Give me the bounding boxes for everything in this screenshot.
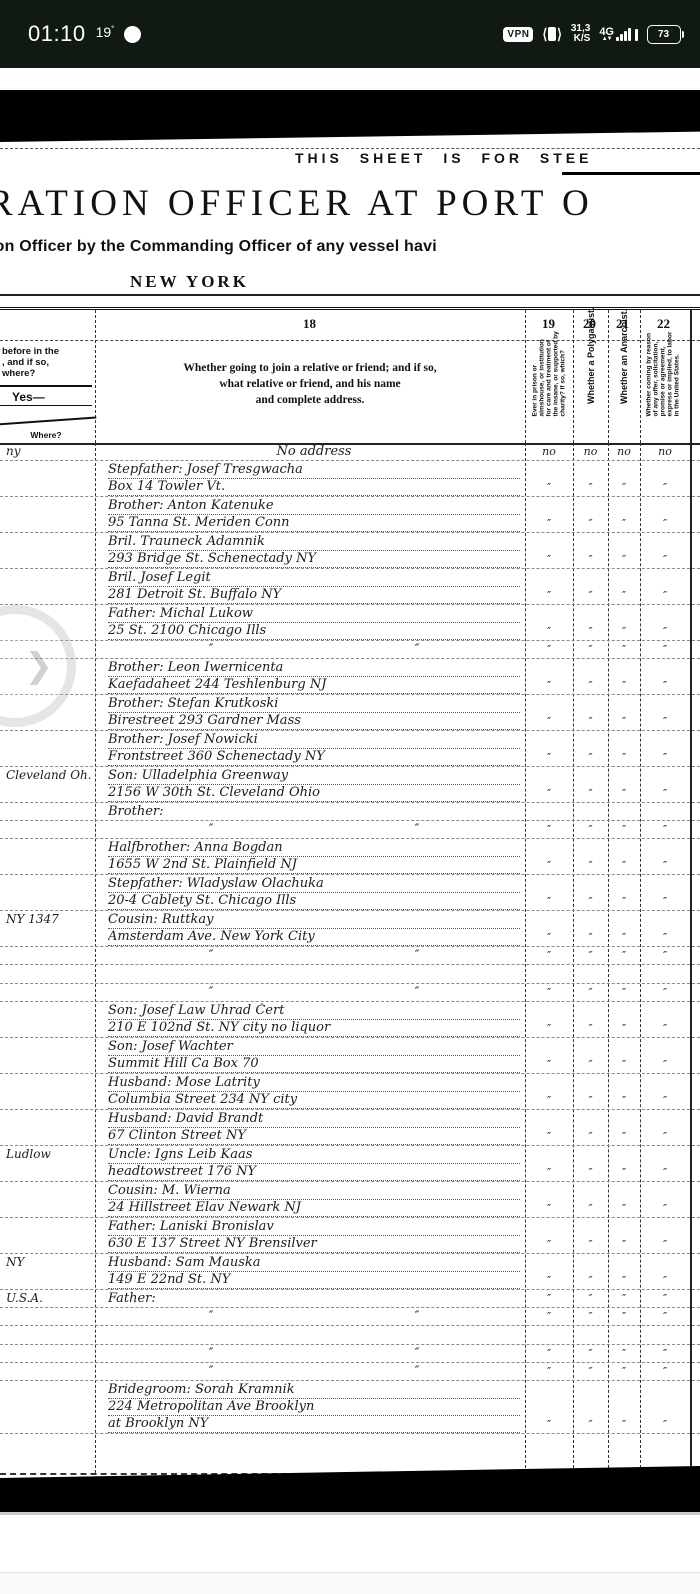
column-mark: ″ xyxy=(525,517,573,530)
sheet-type-banner: THIS SHEET IS FOR STEE xyxy=(295,150,592,166)
handwritten-line: 20-4 Cablety St. Chicago Ills xyxy=(108,893,520,910)
relative-friend-cell: ″″ xyxy=(108,1308,520,1325)
clock-label: 01:10 xyxy=(28,21,86,47)
column-divider xyxy=(95,310,96,443)
manifest-row: Husband: David Brandt67 Clinton Street N… xyxy=(0,1110,700,1146)
column-mark: ″ xyxy=(573,859,608,872)
column-mark: ″ xyxy=(608,1202,640,1215)
handwritten-line: 281 Detroit St. Buffalo NY xyxy=(108,587,520,604)
column-mark: ″ xyxy=(573,1418,608,1431)
battery-percent-label: 73 xyxy=(658,29,669,40)
left-header-line: where? xyxy=(2,368,92,379)
handwritten-line: Brother: Stefan Krutkoski xyxy=(108,696,520,713)
answer-marks: ″″″″ xyxy=(525,517,700,530)
manifest-row: ″″″″″″ xyxy=(0,1308,700,1326)
column-mark: ″ xyxy=(573,1094,608,1107)
handwritten-line: at Brooklyn NY xyxy=(108,1416,520,1433)
column-mark: ″ xyxy=(573,751,608,764)
relative-friend-cell: Brother: Josef NowickiFrontstreet 360 Sc… xyxy=(108,731,520,766)
column-mark: ″ xyxy=(640,823,700,836)
column-mark: ″ xyxy=(525,553,573,566)
answer-marks: ″″″″ xyxy=(525,895,700,908)
phone-screen: 01:10 19° VPN ⟨⟩ 31,3 K/S 4G ▲▼ 73 xyxy=(0,0,700,1594)
relative-friend-cell: Husband: David Brandt67 Clinton Street N… xyxy=(108,1110,520,1145)
relative-friend-cell: ″″ xyxy=(108,947,520,964)
manifest-rows: nyNo addressnonononoStepfather: Josef Tr… xyxy=(0,443,700,1475)
column-mark: ″ xyxy=(608,986,640,999)
column-mark: ″ xyxy=(640,1058,700,1071)
handwritten-line: 224 Metropolitan Ave Brooklyn xyxy=(108,1399,520,1416)
column-17-header: before in the , and if so, where? Yes— W… xyxy=(0,344,92,441)
handwritten-line: Frontstreet 360 Schenectady NY xyxy=(108,749,520,766)
relative-friend-cell: Father: xyxy=(108,1290,520,1307)
column-mark: ″ xyxy=(608,625,640,638)
handwritten-line: ″ xyxy=(415,948,420,964)
status-bar-left: 01:10 19° xyxy=(0,21,141,47)
manifest-row: Son: Josef Law Uhrad Čert210 E 102nd St.… xyxy=(0,1002,700,1038)
updown-arrows-icon: ▲▼ xyxy=(602,37,612,41)
column-divider xyxy=(608,310,609,443)
handwritten-line: Box 14 Towler Vt. xyxy=(108,479,520,496)
column-19-header: Ever in prison or almshouse, or institut… xyxy=(532,331,567,417)
network-speed-label: 31,3 K/S xyxy=(571,24,590,44)
handwritten-line: headtowstreet 176 NY xyxy=(108,1164,520,1181)
port-underline xyxy=(0,294,700,296)
scan-edge-shadow xyxy=(0,1512,700,1515)
relative-friend-cell: ″″ xyxy=(108,984,520,1001)
column-mark: ″ xyxy=(640,1202,700,1215)
manifest-row: ″″″″″″ xyxy=(0,821,700,839)
answer-marks: ″″″″ xyxy=(525,481,700,494)
column-mark: ″ xyxy=(608,1130,640,1143)
relative-friend-cell: Son: Josef Law Uhrad Čert210 E 102nd St.… xyxy=(108,1002,520,1037)
column-mark: ″ xyxy=(525,931,573,944)
margin-note: U.S.A. xyxy=(6,1292,94,1305)
col18-header-line: and complete address. xyxy=(100,392,520,408)
column-mark: ″ xyxy=(640,679,700,692)
column-mark: ″ xyxy=(573,931,608,944)
handwritten-line: Stepfather: Wladyslaw Olachuka xyxy=(108,876,520,893)
handwritten-line: Husband: Mose Latrity xyxy=(108,1075,520,1092)
margin-note: NY xyxy=(6,1256,94,1269)
handwritten-line: Brother: Anton Katenuke xyxy=(108,498,520,515)
column-mark: ″ xyxy=(640,643,700,656)
margin-note: Ludlow xyxy=(6,1148,94,1161)
column-number-18: 18 xyxy=(303,316,316,332)
manifest-row: Bril. Josef Legit281 Detroit St. Buffalo… xyxy=(0,569,700,605)
port-name: NEW YORK xyxy=(130,272,249,292)
table-right-edge xyxy=(690,310,692,443)
handwritten-line: ″ xyxy=(209,822,214,838)
relative-friend-cell: Brother: Leon IwernicentaKaefadaheet 244… xyxy=(108,659,520,694)
column-20-header: Whether a Polygamist. xyxy=(586,314,596,404)
left-header-line: before in the xyxy=(2,346,92,357)
column-mark: ″ xyxy=(525,1292,573,1305)
signal-icon: 4G ▲▼ xyxy=(599,27,637,41)
column-mark: ″ xyxy=(525,643,573,656)
relative-friend-cell: ″″ xyxy=(108,641,520,658)
column-22-header: Whether coming by reason of any offer, s… xyxy=(646,331,681,417)
column-mark: ″ xyxy=(608,1094,640,1107)
column-mark: ″ xyxy=(608,1292,640,1305)
column-mark: ″ xyxy=(608,1365,640,1378)
column-mark: ″ xyxy=(525,1022,573,1035)
ruled-line xyxy=(0,148,700,149)
answer-marks: ″″″″ xyxy=(525,1365,700,1378)
column-mark: ″ xyxy=(640,751,700,764)
notification-dot-icon xyxy=(124,26,141,43)
column-mark: ″ xyxy=(640,715,700,728)
relative-friend-cell: Son: Josef WachterSummit Hill Ca Box 70 xyxy=(108,1038,520,1073)
column-mark: ″ xyxy=(640,931,700,944)
handwritten-line: Brother: xyxy=(108,804,520,820)
column-mark: no xyxy=(640,445,700,458)
column-mark: ″ xyxy=(573,1022,608,1035)
column-mark: ″ xyxy=(608,1058,640,1071)
column-mark: ″ xyxy=(640,1292,700,1305)
handwritten-line: Son: Josef Law Uhrad Čert xyxy=(108,1003,520,1020)
manifest-row: Cousin: M. Wierna24 Hillstreet Elav Newa… xyxy=(0,1182,700,1218)
column-mark: ″ xyxy=(573,589,608,602)
column-mark: ″ xyxy=(640,1022,700,1035)
relative-friend-cell: ″″ xyxy=(108,1345,520,1362)
column-18-header: Whether going to join a relative or frie… xyxy=(100,360,520,408)
handwritten-line: Father: Michal Lukow xyxy=(108,606,520,623)
column-mark: ″ xyxy=(525,481,573,494)
handwritten-line: ″ xyxy=(209,985,214,1001)
column-mark: ″ xyxy=(640,625,700,638)
handwritten-line: Cousin: Ruttkay xyxy=(108,912,520,929)
answer-marks: ″″″″ xyxy=(525,823,700,836)
handwritten-line: Husband: David Brandt xyxy=(108,1111,520,1128)
relative-friend-cell: Bril. Josef Legit281 Detroit St. Buffalo… xyxy=(108,569,520,604)
relative-friend-cell: Cousin: RuttkayAmsterdam Ave. New York C… xyxy=(108,911,520,946)
column-mark: ″ xyxy=(640,553,700,566)
banner-underline xyxy=(562,172,700,175)
handwritten-line: ″ xyxy=(415,1364,420,1380)
manifest-row: nyNo addressnononono xyxy=(0,443,700,461)
column-mark: ″ xyxy=(525,1365,573,1378)
manifest-row: NY 1347Cousin: RuttkayAmsterdam Ave. New… xyxy=(0,911,700,947)
column-mark: no xyxy=(608,445,640,458)
column-mark: ″ xyxy=(640,1274,700,1287)
column-mark: ″ xyxy=(608,1347,640,1360)
chevron-right-icon: ❯ xyxy=(25,646,54,686)
col18-header-line: Whether going to join a relative or frie… xyxy=(100,360,520,376)
column-mark: ″ xyxy=(525,895,573,908)
handwritten-line: ″ xyxy=(209,1309,214,1325)
answer-marks: ″″″″ xyxy=(525,986,700,999)
relative-friend-cell: ″″ xyxy=(108,1363,520,1380)
handwritten-line: ″ xyxy=(209,948,214,964)
column-mark: no xyxy=(525,445,573,458)
handwritten-line: Birestreet 293 Gardner Mass xyxy=(108,713,520,730)
relative-friend-cell: Husband: Sam Mauska149 E 22nd St. NY xyxy=(108,1254,520,1289)
column-mark: ″ xyxy=(525,787,573,800)
handwritten-line: ″ xyxy=(415,822,420,838)
handwritten-line: ″ xyxy=(415,642,420,658)
manifest-row: ″″″″″″ xyxy=(0,1363,700,1381)
column-mark: ″ xyxy=(608,823,640,836)
answer-marks: ″″″″ xyxy=(525,1022,700,1035)
handwritten-line: Son: Ulladelphia Greenway xyxy=(108,768,520,785)
column-mark: ″ xyxy=(525,1094,573,1107)
answer-marks: ″″″″ xyxy=(525,715,700,728)
column-mark: ″ xyxy=(573,481,608,494)
manifest-row: ″″″″″″ xyxy=(0,947,700,965)
column-mark: ″ xyxy=(640,859,700,872)
left-header-line: , and if so, xyxy=(2,357,92,368)
column-mark: ″ xyxy=(573,1202,608,1215)
column-mark: ″ xyxy=(525,1166,573,1179)
handwritten-line: 25 St. 2100 Chicago Ills xyxy=(108,623,520,640)
column-mark: ″ xyxy=(573,553,608,566)
answer-marks: ″″″″ xyxy=(525,1202,700,1215)
handwritten-line: Father: xyxy=(108,1291,520,1307)
handwritten-line: Husband: Sam Mauska xyxy=(108,1255,520,1272)
column-mark: ″ xyxy=(640,1418,700,1431)
column-mark: ″ xyxy=(640,949,700,962)
column-mark: ″ xyxy=(608,1310,640,1323)
column-mark: ″ xyxy=(640,1365,700,1378)
column-mark: ″ xyxy=(525,1058,573,1071)
column-mark: ″ xyxy=(573,1274,608,1287)
handwritten-line: ″ xyxy=(209,1364,214,1380)
manifest-row: Bridegroom: Sorah Kramnik224 Metropolita… xyxy=(0,1381,700,1434)
column-mark: ″ xyxy=(608,1238,640,1251)
relative-friend-cell: Brother: Stefan KrutkoskiBirestreet 293 … xyxy=(108,695,520,730)
vpn-badge: VPN xyxy=(503,27,533,42)
handwritten-line: 293 Bridge St. Schenectady NY xyxy=(108,551,520,568)
answer-marks: ″″″″ xyxy=(525,625,700,638)
handwritten-line: Cousin: M. Wierna xyxy=(108,1183,520,1200)
handwritten-line: Stepfather: Josef Tresgwacha xyxy=(108,462,520,479)
handwritten-line: Kaefadaheet 244 Teshlenburg NJ xyxy=(108,677,520,694)
column-mark: ″ xyxy=(525,589,573,602)
status-bar: 01:10 19° VPN ⟨⟩ 31,3 K/S 4G ▲▼ 73 xyxy=(0,0,700,68)
column-mark: ″ xyxy=(573,517,608,530)
column-mark: ″ xyxy=(608,643,640,656)
handwritten-line: Uncle: Igns Leib Kaas xyxy=(108,1147,520,1164)
table-header: 18 19 20 21 22 before in the , and if so… xyxy=(0,310,700,445)
answer-marks: ″″″″ xyxy=(525,589,700,602)
column-divider xyxy=(640,310,641,443)
relative-friend-cell: Son: Ulladelphia Greenway2156 W 30th St.… xyxy=(108,767,520,802)
sim2-signal-icon xyxy=(635,29,638,41)
column-mark: ″ xyxy=(573,1130,608,1143)
form-title: RATION OFFICER AT PORT O xyxy=(0,182,700,225)
manifest-row: Brother: Anton Katenuke95 Tanna St. Meri… xyxy=(0,497,700,533)
column-mark: ″ xyxy=(525,1347,573,1360)
handwritten-line: 630 E 137 Street NY Brensilver xyxy=(108,1236,520,1253)
relative-friend-cell: Father: Laniski Bronislav630 E 137 Stree… xyxy=(108,1218,520,1253)
column-mark: ″ xyxy=(573,1310,608,1323)
column-mark: ″ xyxy=(608,1274,640,1287)
handwritten-line: ″ xyxy=(209,642,214,658)
column-mark: ″ xyxy=(640,1238,700,1251)
column-mark: ″ xyxy=(640,986,700,999)
column-21-header: Whether an Anarchist. xyxy=(619,314,629,404)
manifest-row: Husband: Mose LatrityColumbia Street 234… xyxy=(0,1074,700,1110)
manifest-row: Brother: Josef NowickiFrontstreet 360 Sc… xyxy=(0,731,700,767)
manifest-row xyxy=(0,965,700,984)
column-mark: ″ xyxy=(573,1166,608,1179)
answer-marks: ″″″″ xyxy=(525,679,700,692)
handwritten-line: Brother: Josef Nowicki xyxy=(108,732,520,749)
column-mark: ″ xyxy=(640,1166,700,1179)
handwritten-line: Father: Laniski Bronislav xyxy=(108,1219,520,1236)
relative-friend-cell: Halfbrother: Anna Bogdan1655 W 2nd St. P… xyxy=(108,839,520,874)
manifest-row: Cleveland Oh.Son: Ulladelphia Greenway21… xyxy=(0,767,700,803)
answer-marks: ″″″″ xyxy=(525,1310,700,1323)
column-mark: ″ xyxy=(608,589,640,602)
answer-marks: ″″″″ xyxy=(525,949,700,962)
battery-icon: 73 xyxy=(647,25,685,44)
col18-header-line: what relative or friend, and his name xyxy=(100,376,520,392)
handwritten-line: 210 E 102nd St. NY city no liquor xyxy=(108,1020,520,1037)
where-label: Where? xyxy=(0,422,92,441)
column-mark: ″ xyxy=(608,715,640,728)
signal-bars-icon xyxy=(616,28,631,41)
status-bar-right: VPN ⟨⟩ 31,3 K/S 4G ▲▼ 73 xyxy=(503,24,700,44)
document-canvas[interactable]: THIS SHEET IS FOR STEE RATION OFFICER AT… xyxy=(0,68,700,1594)
answer-marks: ″″″″ xyxy=(525,1274,700,1287)
column-mark: ″ xyxy=(608,517,640,530)
handwritten-line: No address xyxy=(108,444,520,460)
manifest-row: Halfbrother: Anna Bogdan1655 W 2nd St. P… xyxy=(0,839,700,875)
manifest-row xyxy=(0,1326,700,1345)
column-mark: no xyxy=(573,445,608,458)
relative-friend-cell: Uncle: Igns Leib Kaasheadtowstreet 176 N… xyxy=(108,1146,520,1181)
relative-friend-cell: Stepfather: Josef TresgwachaBox 14 Towle… xyxy=(108,461,520,496)
column-mark: ″ xyxy=(573,679,608,692)
column-mark: ″ xyxy=(525,625,573,638)
manifest-row: Stepfather: Wladyslaw Olachuka20-4 Cable… xyxy=(0,875,700,911)
column-mark: ″ xyxy=(573,823,608,836)
answer-marks: ″″″″ xyxy=(525,931,700,944)
relative-friend-cell: Stepfather: Wladyslaw Olachuka20-4 Cable… xyxy=(108,875,520,910)
column-mark: ″ xyxy=(640,517,700,530)
handwritten-line: ″ xyxy=(415,1346,420,1362)
column-mark: ″ xyxy=(640,1347,700,1360)
relative-friend-cell: Bril. Trauneck Adamnik293 Bridge St. Sch… xyxy=(108,533,520,568)
column-mark: ″ xyxy=(608,481,640,494)
column-mark: ″ xyxy=(573,949,608,962)
manifest-row: ″″″″″″ xyxy=(0,641,700,659)
temperature-label: 19° xyxy=(96,24,115,40)
column-divider xyxy=(573,310,574,443)
relative-friend-cell: Cousin: M. Wierna24 Hillstreet Elav Newa… xyxy=(108,1182,520,1217)
handwritten-line: Bril. Trauneck Adamnik xyxy=(108,534,520,551)
answer-marks: ″″″″ xyxy=(525,1418,700,1431)
column-mark: ″ xyxy=(573,1238,608,1251)
handwritten-line: 149 E 22nd St. NY xyxy=(108,1272,520,1289)
handwritten-line: 67 Clinton Street NY xyxy=(108,1128,520,1145)
margin-note: NY 1347 xyxy=(6,913,94,926)
relative-friend-cell: Brother: xyxy=(108,803,520,820)
margin-note: ny xyxy=(6,445,94,458)
column-mark: ″ xyxy=(608,1166,640,1179)
column-mark: ″ xyxy=(573,625,608,638)
relative-friend-cell: Husband: Mose LatrityColumbia Street 234… xyxy=(108,1074,520,1109)
column-mark: ″ xyxy=(573,895,608,908)
column-mark: ″ xyxy=(525,715,573,728)
column-mark: ″ xyxy=(640,895,700,908)
page-footer-area xyxy=(0,1573,700,1594)
column-mark: ″ xyxy=(640,1130,700,1143)
answer-marks: ″″″″ xyxy=(525,787,700,800)
column-mark: ″ xyxy=(525,1202,573,1215)
column-mark: ″ xyxy=(573,787,608,800)
column-mark: ″ xyxy=(608,931,640,944)
handwritten-line: Halfbrother: Anna Bogdan xyxy=(108,840,520,857)
handwritten-line: 95 Tanna St. Meriden Conn xyxy=(108,515,520,532)
column-mark: ″ xyxy=(608,895,640,908)
handwritten-line: 2156 W 30th St. Cleveland Ohio xyxy=(108,785,520,802)
answer-marks: ″″″″ xyxy=(525,1347,700,1360)
column-mark: ″ xyxy=(640,787,700,800)
column-mark: ″ xyxy=(573,1365,608,1378)
manifest-row: Brother: xyxy=(0,803,700,821)
manifest-row: Son: Josef WachterSummit Hill Ca Box 70″… xyxy=(0,1038,700,1074)
column-mark: ″ xyxy=(640,589,700,602)
manifest-row: Brother: Stefan KrutkoskiBirestreet 293 … xyxy=(0,695,700,731)
answer-marks: ″″″″ xyxy=(525,1292,700,1305)
manifest-row: LudlowUncle: Igns Leib Kaasheadtowstreet… xyxy=(0,1146,700,1182)
handwritten-line: Bridegroom: Sorah Kramnik xyxy=(108,1382,520,1399)
answer-marks: ″″″″ xyxy=(525,751,700,764)
column-mark: ″ xyxy=(608,751,640,764)
relative-friend-cell: Father: Michal Lukow25 St. 2100 Chicago … xyxy=(108,605,520,640)
handwritten-line: 1655 W 2nd St. Plainfield NJ xyxy=(108,857,520,874)
column-mark: ″ xyxy=(573,1347,608,1360)
column-mark: ″ xyxy=(525,1238,573,1251)
manifest-row: ″″″″″″ xyxy=(0,984,700,1002)
column-mark: ″ xyxy=(573,986,608,999)
manifest-row: Brother: Leon IwernicentaKaefadaheet 244… xyxy=(0,659,700,695)
handwritten-line: Amsterdam Ave. New York City xyxy=(108,929,520,946)
handwritten-line: Brother: Leon Iwernicenta xyxy=(108,660,520,677)
handwritten-line: ″ xyxy=(209,1346,214,1362)
column-mark: ″ xyxy=(573,1058,608,1071)
column-mark: ″ xyxy=(525,823,573,836)
manifest-row: Father: Laniski Bronislav630 E 137 Stree… xyxy=(0,1218,700,1254)
form-subtitle: ion Officer by the Commanding Officer of… xyxy=(0,238,437,256)
manifest-row: NYHusband: Sam Mauska149 E 22nd St. NY″″… xyxy=(0,1254,700,1290)
column-mark: ″ xyxy=(573,1292,608,1305)
column-mark: ″ xyxy=(525,859,573,872)
answer-marks: ″″″″ xyxy=(525,1238,700,1251)
handwritten-line: ″ xyxy=(415,1309,420,1325)
answer-marks: ″″″″ xyxy=(525,643,700,656)
handwritten-line: ″ xyxy=(415,985,420,1001)
column-mark: ″ xyxy=(640,481,700,494)
answer-marks: nononono xyxy=(525,445,700,458)
yes-label: Yes— xyxy=(0,387,92,406)
column-mark: ″ xyxy=(573,643,608,656)
column-mark: ″ xyxy=(640,1094,700,1107)
answer-marks: ″″″″ xyxy=(525,553,700,566)
answer-marks: ″″″″ xyxy=(525,859,700,872)
manifest-row: U.S.A.Father:″″″″ xyxy=(0,1290,700,1308)
column-mark: ″ xyxy=(608,679,640,692)
column-mark: ″ xyxy=(608,859,640,872)
manifest-row: Father: Michal Lukow25 St. 2100 Chicago … xyxy=(0,605,700,641)
column-mark: ″ xyxy=(525,1274,573,1287)
answer-marks: ″″″″ xyxy=(525,1058,700,1071)
column-divider xyxy=(525,310,526,443)
column-mark: ″ xyxy=(525,751,573,764)
